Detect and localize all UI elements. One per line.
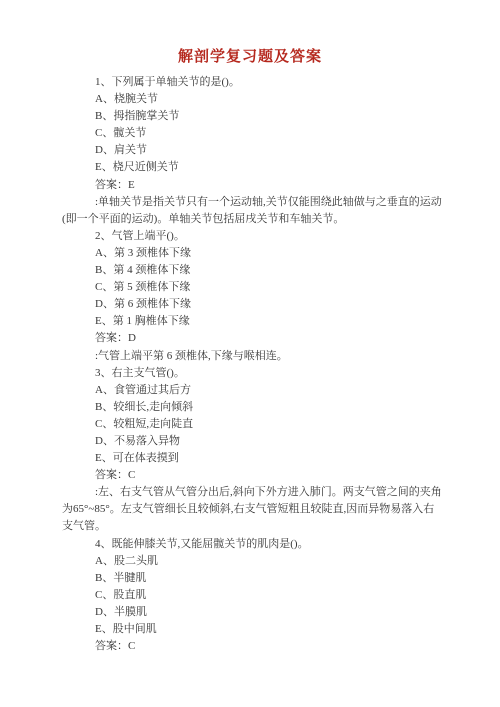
question-option: A、食管通过其后方 (62, 382, 442, 399)
question-stem: 3、右主支气管()。 (62, 365, 442, 382)
question-option: B、拇指腕掌关节 (62, 108, 442, 125)
question-option: D、第 6 颈椎体下缘 (62, 296, 442, 313)
question-option: E、可在体表摸到 (62, 450, 442, 467)
question-option: C、髋关节 (62, 125, 442, 142)
question-option: E、股中间肌 (62, 621, 442, 638)
question-option: B、第 4 颈椎体下缘 (62, 262, 442, 279)
explanation-paragraph: :左、右支气管从气管分出后,斜向下外方进入肺门。两支气管之间的夹角为65°~85… (62, 484, 442, 535)
question-option: A、桡腕关节 (62, 91, 442, 108)
question-option: B、较细长,走向倾斜 (62, 399, 442, 416)
question-option: D、肩关节 (62, 142, 442, 159)
question-option: C、第 5 颈椎体下缘 (62, 279, 442, 296)
question-option: D、半膜肌 (62, 604, 442, 621)
question-option: D、不易落入异物 (62, 433, 442, 450)
explanation-paragraph: :气管上端平第 6 颈椎体,下缘与喉相连。 (62, 348, 442, 365)
answer-line: 答案：D (62, 330, 442, 347)
question-option: A、股二头肌 (62, 553, 442, 570)
answer-line: 答案：C (62, 638, 442, 655)
document-page: 解剖学复习题及答案 1、下列属于单轴关节的是()。A、桡腕关节B、拇指腕掌关节C… (0, 0, 500, 707)
document-body: 1、下列属于单轴关节的是()。A、桡腕关节B、拇指腕掌关节C、髋关节D、肩关节E… (62, 74, 442, 655)
question-option: E、桡尺近侧关节 (62, 159, 442, 176)
question-option: B、半腱肌 (62, 570, 442, 587)
question-stem: 1、下列属于单轴关节的是()。 (62, 74, 442, 91)
question-option: E、第 1 胸椎体下缘 (62, 313, 442, 330)
question-option: C、较粗短,走向陡直 (62, 416, 442, 433)
page-title: 解剖学复习题及答案 (0, 0, 500, 67)
question-stem: 4、既能伸膝关节,又能屈髋关节的肌肉是()。 (62, 536, 442, 553)
question-stem: 2、气管上端平()。 (62, 228, 442, 245)
answer-line: 答案：E (62, 177, 442, 194)
explanation-paragraph: :单轴关节是指关节只有一个运动轴,关节仅能围绕此轴做与之垂直的运动(即一个平面的… (62, 194, 442, 228)
answer-line: 答案：C (62, 467, 442, 484)
question-option: C、股直肌 (62, 587, 442, 604)
question-option: A、第 3 颈椎体下缘 (62, 245, 442, 262)
